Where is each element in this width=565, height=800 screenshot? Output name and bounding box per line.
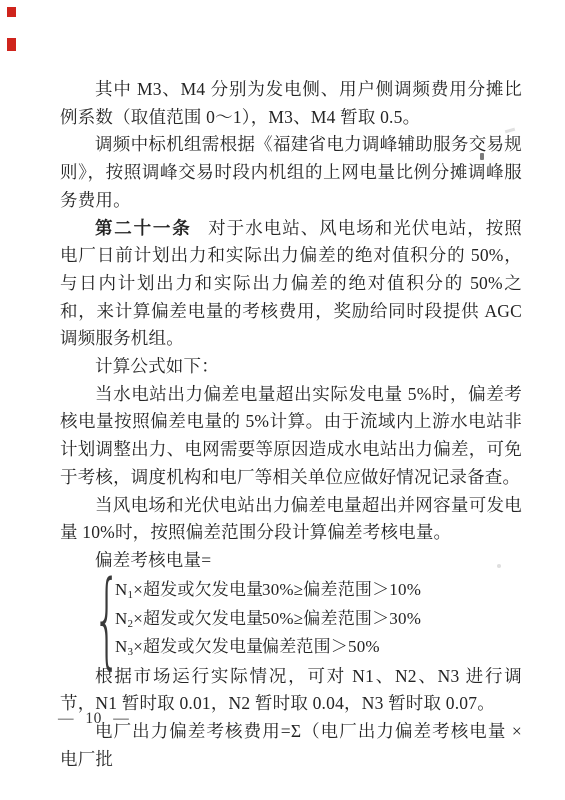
- paragraph-plant-assessment-fee: 电厂出力偏差考核费用=Σ（电厂出力偏差考核电量 × 电厂批: [60, 718, 522, 773]
- formula-case-row-3: N3×超发或欠发电量 偏差范围＞50%: [115, 633, 522, 661]
- coefficient-letter: N: [115, 609, 127, 628]
- paragraph-n-adjustment: 根据市场运行实际情况，可对 N1、N2、N3 进行调节，N1 暂时取 0.01，…: [60, 663, 522, 718]
- paragraph-wind-solar-deviation: 当风电场和光伏电站出力偏差电量超出并网容量可发电量 10%时，按照偏差范围分段计…: [60, 492, 522, 547]
- red-stamp-mark-top: [7, 7, 16, 17]
- case-expression: ×超发或欠发电量: [133, 637, 263, 656]
- document-page: 其中 M3、M4 分别为发电侧、用户侧调频费用分摊比例系数（取值范围 0～1），…: [0, 0, 565, 800]
- formula-case-row-2: N2×超发或欠发电量 50%≥偏差范围＞30%: [115, 605, 522, 633]
- paragraph-hydro-deviation: 当水电站出力偏差电量超出实际发电量 5%时，偏差考核电量按照偏差电量的 5%计算…: [60, 381, 522, 492]
- case-condition: 偏差范围＞50%: [262, 633, 380, 661]
- paragraph-deviation-assessed-energy: 偏差考核电量=: [60, 547, 522, 575]
- coefficient-letter: N: [115, 580, 127, 599]
- formula-case-row-1: N1×超发或欠发电量 30%≥偏差范围＞10%: [115, 576, 522, 604]
- red-stamp-mark-bottom: [7, 38, 16, 51]
- coefficient-letter: N: [115, 637, 127, 656]
- formula-case-column: N1×超发或欠发电量 30%≥偏差范围＞10% N2×超发或欠发电量 50%≥偏…: [109, 576, 522, 661]
- case-expression: ×超发或欠发电量: [133, 580, 263, 599]
- case-expression: ×超发或欠发电量: [133, 609, 263, 628]
- article-21-number: 第二十一条: [95, 218, 192, 238]
- formula-case-block: { N1×超发或欠发电量 30%≥偏差范围＞10% N2×超发或欠发电量 50%…: [93, 576, 522, 662]
- page-number: — 10 —: [58, 710, 129, 728]
- paragraph-frequency-bid-units: 调频中标机组需根据《福建省电力调峰辅助服务交易规则》，按照调峰交易时段内机组的上…: [60, 131, 522, 214]
- paragraph-formula-intro: 计算公式如下：: [60, 353, 522, 381]
- document-body: 其中 M3、M4 分别为发电侧、用户侧调频费用分摊比例系数（取值范围 0～1），…: [60, 76, 522, 773]
- paragraph-article-21: 第二十一条对于水电站、风电场和光伏电站，按照电厂日前计划出力和实际出力偏差的绝对…: [60, 215, 522, 354]
- case-condition: 50%≥偏差范围＞30%: [262, 605, 421, 633]
- paragraph-m3-m4-coefficients: 其中 M3、M4 分别为发电侧、用户侧调频费用分摊比例系数（取值范围 0～1），…: [60, 76, 522, 131]
- case-condition: 30%≥偏差范围＞10%: [262, 576, 421, 604]
- left-brace-icon: {: [93, 576, 100, 662]
